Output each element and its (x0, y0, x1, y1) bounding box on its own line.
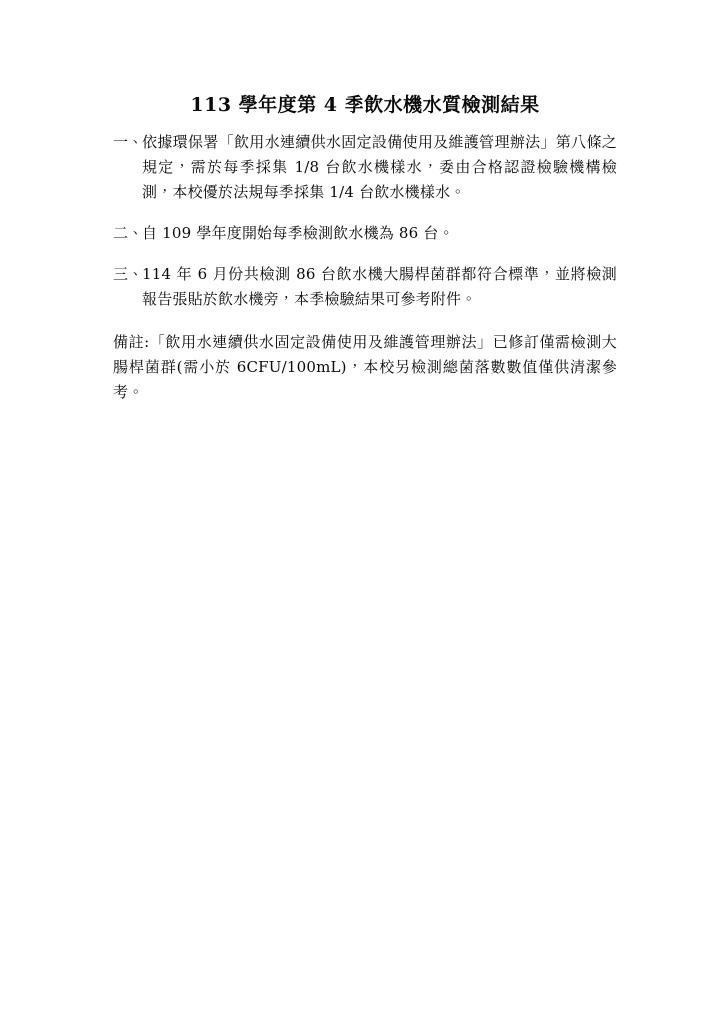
paragraph-item-1: 一、 依據環保署「飲用水連續供水固定設備使用及維護管理辦法」第八條之規定，需於每… (113, 130, 617, 205)
paragraph-2-marker: 二、 (113, 221, 142, 246)
paragraph-1-marker: 一、 (113, 130, 142, 155)
document-page: 113 學年度第 4 季飲水機水質檢測結果 一、 依據環保署「飲用水連續供水固定… (0, 0, 728, 1030)
paragraph-2-text: 自 109 學年度開始每季檢測飲水機為 86 台。 (142, 221, 617, 246)
paragraph-1-text: 依據環保署「飲用水連續供水固定設備使用及維護管理辦法」第八條之規定，需於每季採集… (142, 130, 617, 205)
paragraph-3-marker: 三、 (113, 262, 142, 287)
paragraph-item-2: 二、 自 109 學年度開始每季檢測飲水機為 86 台。 (113, 221, 617, 246)
paragraph-item-3: 三、 114 年 6 月份共檢測 86 台飲水機大腸桿菌群都符合標準，並將檢測報… (113, 262, 617, 312)
note-paragraph: 備註:「飲用水連續供水固定設備使用及維護管理辦法」已修訂僅需檢測大腸桿菌群(需小… (113, 330, 617, 405)
paragraph-3-text: 114 年 6 月份共檢測 86 台飲水機大腸桿菌群都符合標準，並將檢測報告張貼… (142, 262, 617, 312)
document-title: 113 學年度第 4 季飲水機水質檢測結果 (113, 92, 617, 118)
numbered-paragraphs: 一、 依據環保署「飲用水連續供水固定設備使用及維護管理辦法」第八條之規定，需於每… (113, 130, 617, 312)
